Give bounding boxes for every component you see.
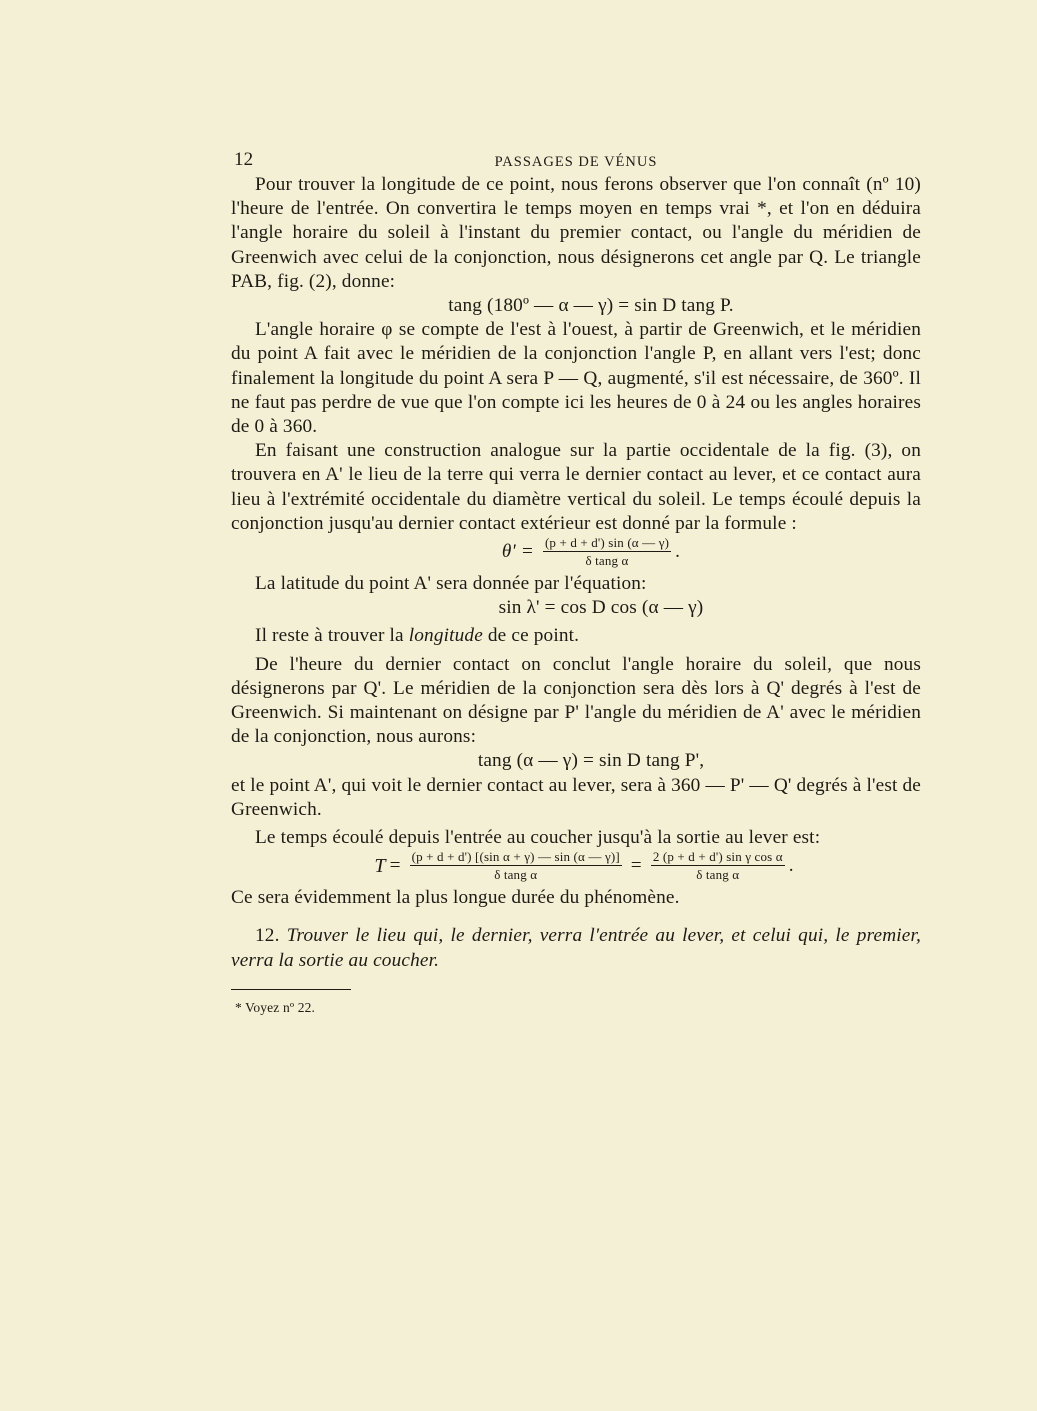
equation-4: tang (α — γ) = sin D tang P', xyxy=(231,749,921,773)
footnote: * Voyez nº 22. xyxy=(235,996,921,1020)
paragraph-5: Il reste à trouver la longitude de ce po… xyxy=(231,624,921,648)
section-12-heading: 12. Trouver le lieu qui, le dernier, ver… xyxy=(231,924,921,972)
equation-3: sin λ' = cos D cos (α — γ) xyxy=(231,596,921,620)
T-denominator-1: δ tang α xyxy=(410,866,622,882)
paragraph-4: La latitude du point A' sera donnée par … xyxy=(231,572,921,596)
equation-T: T= (p + d + d') [(sin α + γ) — sin (α — … xyxy=(231,850,921,886)
equation-1: tang (180º — α — γ) = sin D tang P. xyxy=(231,294,921,318)
document-page: 12 PASSAGES DE VÉNUS Pour trouver la lon… xyxy=(231,148,921,1020)
footnote-rule xyxy=(231,989,351,990)
theta-denominator: δ tang α xyxy=(543,552,671,568)
paragraph-6: De l'heure du dernier contact on conclut… xyxy=(231,653,921,750)
theta-numerator: (p + d + d') sin (α — γ) xyxy=(543,536,671,552)
paragraph-2: L'angle horaire φ se compte de l'est à l… xyxy=(231,318,921,439)
T-numerator-2: 2 (p + d + d') sin γ cos α xyxy=(651,850,785,866)
paragraph-1: Pour trouver la longitude de ce point, n… xyxy=(231,173,921,294)
paragraph-3: En faisant une construction analogue sur… xyxy=(231,439,921,536)
running-title: PASSAGES DE VÉNUS xyxy=(231,150,921,174)
page-header: 12 PASSAGES DE VÉNUS xyxy=(231,148,921,170)
paragraph-7: et le point A', qui voit le dernier cont… xyxy=(231,774,921,822)
paragraph-9: Ce sera évidemment la plus longue durée … xyxy=(231,886,921,910)
T-numerator-1: (p + d + d') [(sin α + γ) — sin (α — γ)] xyxy=(410,850,622,866)
paragraph-8: Le temps écoulé depuis l'entrée au couch… xyxy=(231,826,921,850)
equation-theta: θ' = (p + d + d') sin (α — γ) δ tang α . xyxy=(231,536,921,572)
T-denominator-2: δ tang α xyxy=(651,866,785,882)
